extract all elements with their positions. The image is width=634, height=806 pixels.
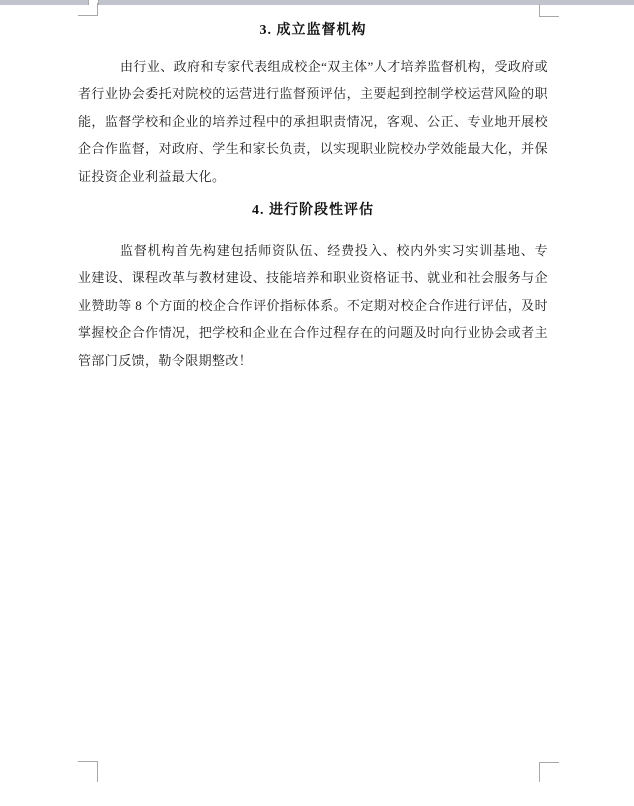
document-page: 3. 成立监督机构 由行业、政府和专家代表组成校企“双主体”人才培养监督机构，受… — [0, 0, 634, 806]
section-3-paragraph[interactable]: 由行业、政府和专家代表组成校企“双主体”人才培养监督机构，受政府或者行业协会委托… — [78, 53, 548, 190]
section-heading-4: 4. 进行阶段性评估 — [78, 202, 548, 220]
section-heading-3: 3. 成立监督机构 — [78, 22, 548, 40]
section-4-paragraph[interactable]: 监督机构首先构建包括师资队伍、经费投入、校内外实习实训基地、专业建设、课程改革与… — [78, 237, 548, 374]
document-content[interactable]: 3. 成立监督机构 由行业、政府和专家代表组成校企“双主体”人才培养监督机构，受… — [78, 0, 548, 806]
